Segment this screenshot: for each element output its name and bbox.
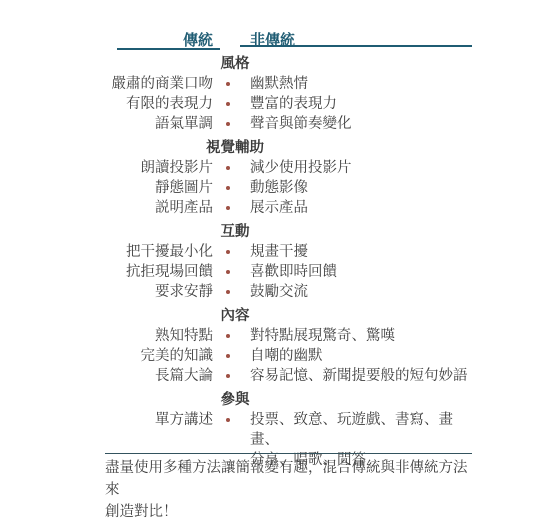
header-underline-right-rule [240,45,472,47]
bullet-separator [213,178,250,198]
bullet-dot-icon [226,250,230,254]
table-row: 完美的知識自嘲的幽默 [105,346,472,366]
nontraditional-cell: 容易記憶、新聞提要般的短句妙語 [250,366,472,386]
traditional-cell: 完美的知識 [105,346,213,366]
bullet-dot-icon [226,418,230,422]
traditional-cell: 把干擾最小化 [105,242,213,262]
traditional-cell: 抗拒現場回饋 [105,262,213,282]
nontraditional-cell: 豐富的表現力 [250,94,472,114]
table-row: 説明產品展示產品 [105,198,472,218]
table-body: 風格嚴肅的商業口吻幽默熱情有限的表現力豐富的表現力語氣單調聲音與節奏變化視覺輔助… [105,54,472,470]
traditional-cell: 朗讀投影片 [105,158,213,178]
traditional-cell: 嚴肅的商業口吻 [105,74,213,94]
table-row: 語氣單調聲音與節奏變化 [105,114,472,134]
table-row: 朗讀投影片減少使用投影片 [105,158,472,178]
bullet-separator [213,282,250,302]
bullet-separator [213,158,250,178]
bullet-separator [213,326,250,346]
bullet-dot-icon [226,122,230,126]
nontraditional-cell: 鼓勵交流 [250,282,472,302]
bullet-dot-icon [226,82,230,86]
column-header-traditional: 傳統 [105,29,213,50]
section-title: 參與 [105,390,365,410]
nontraditional-cell: 減少使用投影片 [250,158,472,178]
table-row: 抗拒現場回饋喜歡即時回饋 [105,262,472,282]
traditional-cell: 熟知特點 [105,326,213,346]
bullet-dot-icon [226,334,230,338]
traditional-cell: 有限的表現力 [105,94,213,114]
bullet-separator [213,242,250,262]
table-row: 熟知特點對特點展現驚奇、驚嘆 [105,326,472,346]
section-title: 互動 [105,222,365,242]
bullet-separator [213,366,250,386]
table-row: 有限的表現力豐富的表現力 [105,94,472,114]
table-header-row: 傳統 非傳統 [105,28,472,50]
traditional-cell: 語氣單調 [105,114,213,134]
nontraditional-cell: 展示產品 [250,198,472,218]
nontraditional-cell: 喜歡即時回饋 [250,262,472,282]
bullet-separator [213,74,250,94]
section-title: 內容 [105,306,365,326]
header-underline-left-rule [117,48,220,50]
table-row: 把干擾最小化規畫干擾 [105,242,472,262]
nontraditional-cell: 聲音與節奏變化 [250,114,472,134]
table-row: 長篇大論容易記憶、新聞提要般的短句妙語 [105,366,472,386]
bullet-separator [213,346,250,366]
section-title: 風格 [105,54,365,74]
footer-note: 盡量使用多種方法讓簡報變有趣，混合傳統與非傳統方法來 創造對比！ [105,453,472,523]
bullet-dot-icon [226,206,230,210]
comparison-table: 傳統 非傳統 風格嚴肅的商業口吻幽默熱情有限的表現力豐富的表現力語氣單調聲音與節… [105,28,472,470]
bullet-dot-icon [226,290,230,294]
bullet-dot-icon [226,354,230,358]
nontraditional-cell: 規畫干擾 [250,242,472,262]
traditional-cell: 長篇大論 [105,366,213,386]
nontraditional-cell: 對特點展現驚奇、驚嘆 [250,326,472,346]
bullet-dot-icon [226,374,230,378]
bullet-separator [213,198,250,218]
table-row: 嚴肅的商業口吻幽默熱情 [105,74,472,94]
table-row: 靜態圖片動態影像 [105,178,472,198]
bullet-separator [213,262,250,282]
nontraditional-cell: 幽默熱情 [250,74,472,94]
traditional-cell: 説明產品 [105,198,213,218]
nontraditional-cell: 動態影像 [250,178,472,198]
bullet-dot-icon [226,186,230,190]
table-row: 要求安靜鼓勵交流 [105,282,472,302]
bullet-dot-icon [226,102,230,106]
traditional-cell: 靜態圖片 [105,178,213,198]
bullet-dot-icon [226,166,230,170]
bullet-dot-icon [226,270,230,274]
section-title: 視覺輔助 [105,138,365,158]
nontraditional-cell: 自嘲的幽默 [250,346,472,366]
bullet-separator [213,94,250,114]
bullet-separator [213,114,250,134]
traditional-cell: 要求安靜 [105,282,213,302]
